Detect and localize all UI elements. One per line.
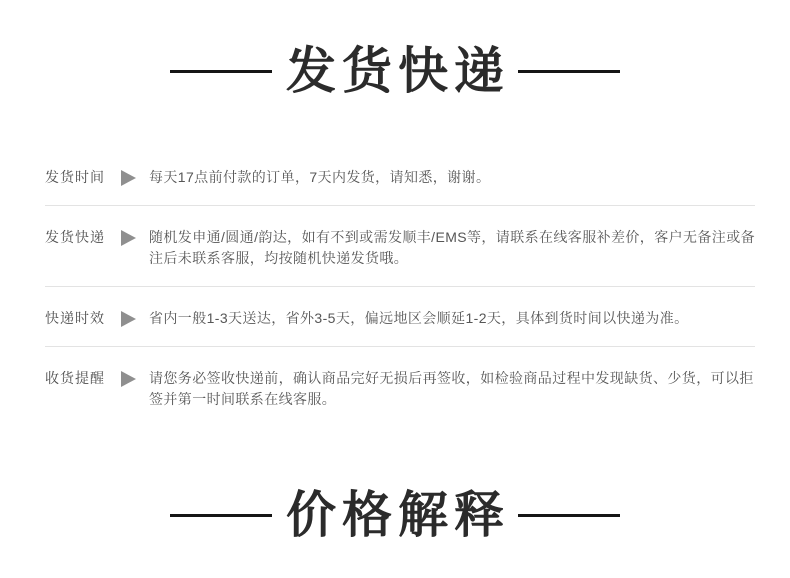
row-label: 快递时效 xyxy=(45,308,107,329)
right-arrow-icon xyxy=(121,311,136,327)
price-section-heading: 价格解释 xyxy=(286,486,510,544)
list-item-shipping-time: 发货时间 每天17点前付款的订单，7天内发货，请知悉，谢谢。 xyxy=(45,146,755,206)
shipping-section-heading: 发货快递 xyxy=(286,42,510,100)
list-item-delivery-time: 快递时效 省内一般1-3天送达，省外3-5天，偏远地区会顺延1-2天，具体到货时… xyxy=(45,287,755,347)
shipping-section-title: 发货快递 xyxy=(0,42,790,100)
shipping-info-list: 发货时间 每天17点前付款的订单，7天内发货，请知悉，谢谢。 发货快递 随机发申… xyxy=(45,146,755,427)
row-content: 省内一般1-3天送达，省外3-5天，偏远地区会顺延1-2天，具体到货时间以快递为… xyxy=(149,308,757,329)
title-decoration-line-right xyxy=(518,70,620,73)
row-content: 请您务必签收快递前，确认商品完好无损后再签收，如检验商品过程中发现缺货、少货，可… xyxy=(149,368,757,410)
row-content: 随机发申通/圆通/韵达，如有不到或需发顺丰/EMS等，请联系在线客服补差价，客户… xyxy=(149,227,757,269)
row-label: 发货快递 xyxy=(45,227,107,248)
list-item-shipping-courier: 发货快递 随机发申通/圆通/韵达，如有不到或需发顺丰/EMS等，请联系在线客服补… xyxy=(45,206,755,287)
price-section-title: 价格解释 xyxy=(0,486,790,544)
list-item-receipt-reminder: 收货提醒 请您务必签收快递前，确认商品完好无损后再签收，如检验商品过程中发现缺货… xyxy=(45,347,755,427)
title-decoration-line-right xyxy=(518,514,620,517)
shipping-info-page: 发货快递 发货时间 每天17点前付款的订单，7天内发货，请知悉，谢谢。 发货快递… xyxy=(0,0,790,578)
title-decoration-line-left xyxy=(170,514,272,517)
title-decoration-line-left xyxy=(170,70,272,73)
row-label: 发货时间 xyxy=(45,167,107,188)
right-arrow-icon xyxy=(121,371,136,387)
row-content: 每天17点前付款的订单，7天内发货，请知悉，谢谢。 xyxy=(149,167,757,188)
right-arrow-icon xyxy=(121,230,136,246)
row-label: 收货提醒 xyxy=(45,368,107,389)
right-arrow-icon xyxy=(121,170,136,186)
